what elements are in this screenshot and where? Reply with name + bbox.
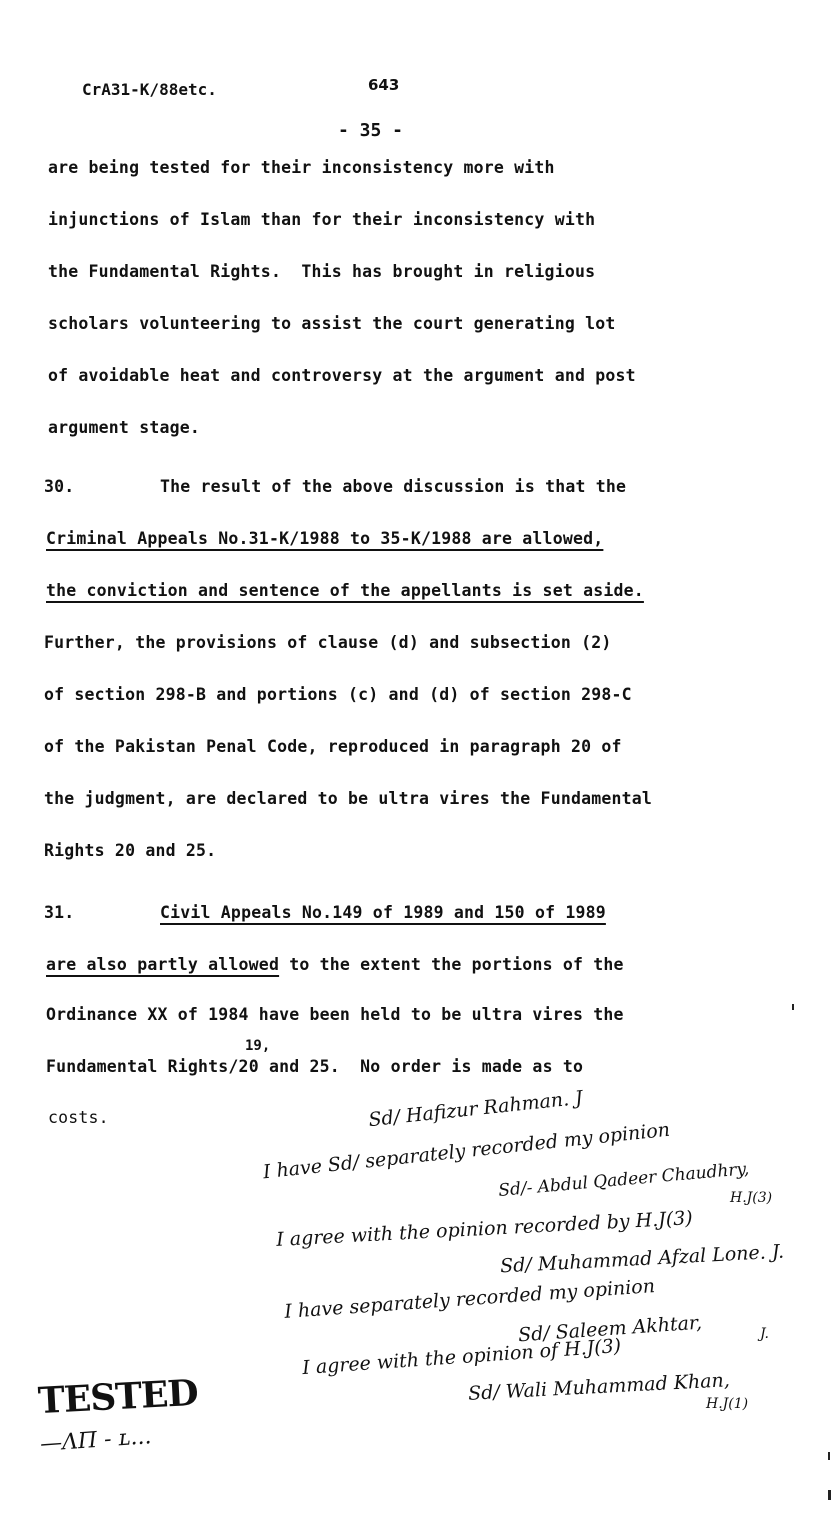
- tested-stamp: TESTED: [37, 1372, 199, 1422]
- underlined-holding: are also partly allowed: [46, 955, 279, 974]
- body-text: /20 and 25. No order is made as to: [228, 1057, 583, 1076]
- scan-artifact: [828, 1452, 830, 1460]
- signature-line: I have separately recorded my opinion: [284, 1275, 656, 1323]
- body-line: Rights 20 and 25.: [44, 841, 216, 860]
- page-number: - 35 -: [338, 120, 403, 141]
- stamp-number: 643: [368, 76, 399, 94]
- scan-artifact: [792, 1004, 794, 1010]
- paragraph-number: 30.: [44, 477, 160, 496]
- body-line: Fundamental Rights/20 and 25. No order i…: [46, 1057, 583, 1076]
- underlined-holding: Civil Appeals No.149 of 1989 and 150 of …: [160, 903, 606, 922]
- body-line: are also partly allowed to the extent th…: [46, 955, 624, 974]
- paragraph-30-first-line: 30.The result of the above discussion is…: [44, 477, 626, 496]
- body-text: Fundamental Rights: [46, 1057, 228, 1076]
- body-line: Ordinance XX of 1984 have been held to b…: [46, 1005, 624, 1024]
- body-line: the judgment, are declared to be ultra v…: [44, 789, 652, 808]
- paragraph-number: 31.: [44, 903, 160, 922]
- document-page: CrA31-K/88etc. 643 - 35 - are being test…: [0, 0, 840, 1540]
- signature-line: Sd/ Wali Muhammad Khan,: [468, 1369, 731, 1405]
- underlined-holding: Criminal Appeals No.31-K/1988 to 35-K/19…: [46, 529, 603, 548]
- body-line: costs.: [48, 1108, 109, 1127]
- body-line: are being tested for their inconsistency…: [48, 158, 555, 177]
- body-line: of section 298-B and portions (c) and (d…: [44, 685, 632, 704]
- body-line: of the Pakistan Penal Code, reproduced i…: [44, 737, 622, 756]
- body-line: the Fundamental Rights. This has brought…: [48, 262, 595, 281]
- handwritten-insertion: 19,: [245, 1038, 270, 1054]
- paragraph-31-first-line: 31.Civil Appeals No.149 of 1989 and 150 …: [44, 903, 606, 922]
- scan-artifact: [828, 1490, 831, 1500]
- signature-line: I agree with the opinion of H.J(3): [302, 1335, 622, 1379]
- case-reference: CrA31-K/88etc.: [82, 80, 217, 99]
- signature-line: J.: [760, 1326, 769, 1342]
- underlined-holding: the conviction and sentence of the appel…: [46, 581, 644, 600]
- body-line: argument stage.: [48, 418, 200, 437]
- signature-line: Sd/ Hafizur Rahman. J: [367, 1087, 583, 1131]
- signature-line: H.J(3): [730, 1190, 772, 1206]
- body-line: of avoidable heat and controversy at the…: [48, 366, 636, 385]
- signature-line: Sd/ Muhammad Afzal Lone. J.: [500, 1241, 785, 1278]
- signature-line: Sd/- Abdul Qadeer Chaudhry,: [498, 1159, 750, 1201]
- paragraph-text: The result of the above discussion is th…: [160, 477, 626, 496]
- signature-line: H.J(1): [706, 1396, 748, 1412]
- body-text: to the extent the portions of the: [279, 955, 624, 974]
- body-line: injunctions of Islam than for their inco…: [48, 210, 595, 229]
- body-line: Further, the provisions of clause (d) an…: [44, 633, 612, 652]
- signature-line: I agree with the opinion recorded by H.J…: [276, 1207, 694, 1251]
- stamp-initials: —ΛΠ - ʟ...: [39, 1424, 152, 1457]
- body-line: scholars volunteering to assist the cour…: [48, 314, 616, 333]
